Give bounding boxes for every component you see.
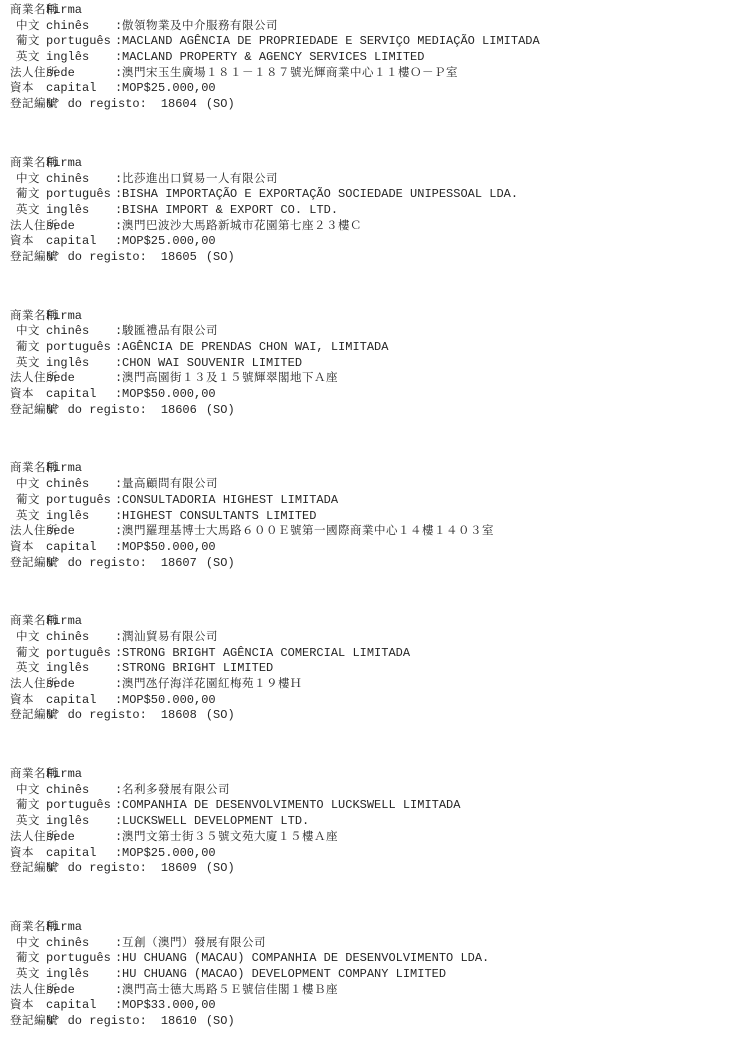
label-address-pt: sede [46, 983, 115, 999]
colon-separator: : [115, 324, 122, 340]
record-row-capital: 資本 capital : MOP$25.000,00 [10, 234, 733, 250]
record-row-english-name: 英文 inglês : MACLAND PROPERTY & AGENCY SE… [10, 50, 733, 66]
label-capital-pt: capital [46, 387, 115, 403]
label-address-zh: 法人住所 [10, 219, 46, 235]
record-row-address: 法人住所 sede : 澳門巴波沙大馬路新城市花園第七座２３樓Ｃ [10, 219, 733, 235]
portuguese-name-value: STRONG BRIGHT AGÊNCIA COMERCIAL LIMITADA [122, 646, 410, 662]
record-row-firma: 商業名稱 Firma [10, 920, 733, 936]
record-row-firma: 商業名稱 Firma [10, 156, 733, 172]
label-business-name-pt: Firma [46, 309, 115, 325]
record-row-portuguese-name: 葡文 português : COMPANHIA DE DESENVOLVIME… [10, 798, 733, 814]
colon-separator: : [115, 830, 122, 846]
label-portuguese-zh: 葡文 [10, 493, 46, 509]
address-value: 澳門氹仔海洋花園紅梅苑１９樓Ｈ [122, 677, 302, 693]
registration-suffix: (SO) [206, 97, 235, 113]
label-registration-zh: 登記編號 [10, 1014, 46, 1030]
label-business-name-pt: Firma [46, 920, 115, 936]
label-english-zh: 英文 [10, 50, 46, 66]
label-registration-pt: N° do registo: [46, 97, 147, 113]
registry-page: 商業名稱 Firma 中文 chinês : 傲領物業及中介服務有限公司 葡文 … [0, 0, 733, 1030]
registration-number-value: 18604 [161, 97, 197, 113]
record-row-capital: 資本 capital : MOP$25.000,00 [10, 81, 733, 97]
records-list: 商業名稱 Firma 中文 chinês : 傲領物業及中介服務有限公司 葡文 … [10, 3, 733, 1030]
label-registration-pt: N° do registo: [46, 1014, 147, 1030]
label-registration-zh: 登記編號 [10, 250, 46, 266]
record-row-capital: 資本 capital : MOP$50.000,00 [10, 693, 733, 709]
english-name-value: CHON WAI SOUVENIR LIMITED [122, 356, 302, 372]
record-row-capital: 資本 capital : MOP$25.000,00 [10, 846, 733, 862]
capital-value: MOP$25.000,00 [122, 846, 216, 862]
colon-separator: : [115, 219, 122, 235]
chinese-name-value: 名利多發展有限公司 [122, 783, 230, 799]
colon-separator: : [115, 936, 122, 952]
colon-separator: : [115, 203, 122, 219]
label-chinese-zh: 中文 [10, 630, 46, 646]
label-chinese-pt: chinês [46, 172, 115, 188]
label-chinese-zh: 中文 [10, 19, 46, 35]
address-value: 澳門巴波沙大馬路新城市花園第七座２３樓Ｃ [122, 219, 362, 235]
label-english-pt: inglês [46, 203, 115, 219]
label-portuguese-zh: 葡文 [10, 798, 46, 814]
chinese-name-value: 比莎進出口貿易一人有限公司 [122, 172, 278, 188]
label-business-name-zh: 商業名稱 [10, 156, 46, 172]
label-chinese-pt: chinês [46, 477, 115, 493]
label-address-zh: 法人住所 [10, 677, 46, 693]
label-address-zh: 法人住所 [10, 983, 46, 999]
colon-separator: : [115, 983, 122, 999]
registration-number-value: 18605 [161, 250, 197, 266]
registration-number-value: 18609 [161, 861, 197, 877]
english-name-value: STRONG BRIGHT LIMITED [122, 661, 273, 677]
label-english-pt: inglês [46, 509, 115, 525]
label-business-name-pt: Firma [46, 3, 115, 19]
record-row-registration: 登記編號 N° do registo: 18605 (SO) [10, 250, 733, 266]
label-capital-zh: 資本 [10, 387, 46, 403]
label-portuguese-zh: 葡文 [10, 951, 46, 967]
colon-separator: : [115, 509, 122, 525]
registration-number-value: 18607 [161, 556, 197, 572]
colon-separator: : [115, 814, 122, 830]
label-registration-pt: N° do registo: [46, 861, 147, 877]
english-name-value: HU CHUANG (MACAO) DEVELOPMENT COMPANY LI… [122, 967, 446, 983]
record-row-firma: 商業名稱 Firma [10, 767, 733, 783]
registration-suffix: (SO) [206, 403, 235, 419]
capital-value: MOP$50.000,00 [122, 693, 216, 709]
english-name-value: BISHA IMPORT & EXPORT CO. LTD. [122, 203, 338, 219]
record-row-portuguese-name: 葡文 português : AGÊNCIA DE PRENDAS CHON W… [10, 340, 733, 356]
record-row-address: 法人住所 sede : 澳門氹仔海洋花園紅梅苑１９樓Ｈ [10, 677, 733, 693]
label-registration-pt: N° do registo: [46, 403, 147, 419]
colon-separator: : [115, 371, 122, 387]
label-capital-zh: 資本 [10, 693, 46, 709]
colon-separator: : [115, 187, 122, 203]
record-row-registration: 登記編號 N° do registo: 18604 (SO) [10, 97, 733, 113]
label-chinese-zh: 中文 [10, 783, 46, 799]
label-capital-pt: capital [46, 998, 115, 1014]
label-business-name-zh: 商業名稱 [10, 3, 46, 19]
label-capital-pt: capital [46, 234, 115, 250]
label-capital-zh: 資本 [10, 234, 46, 250]
label-chinese-pt: chinês [46, 783, 115, 799]
chinese-name-value: 量高顧問有限公司 [122, 477, 218, 493]
label-english-zh: 英文 [10, 203, 46, 219]
record-row-english-name: 英文 inglês : LUCKSWELL DEVELOPMENT LTD. [10, 814, 733, 830]
colon-separator: : [115, 387, 122, 403]
record-row-address: 法人住所 sede : 澳門文第士街３５號文苑大廈１５樓Ａ座 [10, 830, 733, 846]
chinese-name-value: 潤汕貿易有限公司 [122, 630, 218, 646]
label-registration-zh: 登記編號 [10, 97, 46, 113]
label-chinese-zh: 中文 [10, 324, 46, 340]
label-capital-pt: capital [46, 540, 115, 556]
registration-suffix: (SO) [206, 556, 235, 572]
label-business-name-pt: Firma [46, 614, 115, 630]
label-address-pt: sede [46, 66, 115, 82]
colon-separator: : [115, 630, 122, 646]
colon-separator: : [115, 50, 122, 66]
registration-suffix: (SO) [206, 1014, 235, 1030]
capital-value: MOP$25.000,00 [122, 234, 216, 250]
registration-number-value: 18606 [161, 403, 197, 419]
record-row-chinese-name: 中文 chinês : 駿匯禮品有限公司 [10, 324, 733, 340]
registration-number-value: 18610 [161, 1014, 197, 1030]
label-capital-zh: 資本 [10, 998, 46, 1014]
record-row-portuguese-name: 葡文 português : HU CHUANG (MACAU) COMPANH… [10, 951, 733, 967]
colon-separator: : [115, 798, 122, 814]
colon-separator: : [115, 524, 122, 540]
label-registration-pt: N° do registo: [46, 250, 147, 266]
label-chinese-pt: chinês [46, 324, 115, 340]
record-row-firma: 商業名稱 Firma [10, 461, 733, 477]
chinese-name-value: 傲領物業及中介服務有限公司 [122, 19, 278, 35]
chinese-name-value: 互創（澳門）發展有限公司 [122, 936, 266, 952]
portuguese-name-value: MACLAND AGÊNCIA DE PROPRIEDADE E SERVIÇO… [122, 34, 540, 50]
address-value: 澳門宋玉生廣場１８１－１８７號光輝商業中心１１樓Ｏ－Ｐ室 [122, 66, 458, 82]
colon-separator: : [115, 998, 122, 1014]
company-record: 商業名稱 Firma 中文 chinês : 名利多發展有限公司 葡文 port… [10, 767, 733, 877]
label-address-pt: sede [46, 830, 115, 846]
colon-separator: : [115, 34, 122, 50]
address-value: 澳門文第士街３５號文苑大廈１５樓Ａ座 [122, 830, 338, 846]
label-chinese-zh: 中文 [10, 477, 46, 493]
portuguese-name-value: AGÊNCIA DE PRENDAS CHON WAI, LIMITADA [122, 340, 388, 356]
record-row-portuguese-name: 葡文 português : STRONG BRIGHT AGÊNCIA COM… [10, 646, 733, 662]
company-record: 商業名稱 Firma 中文 chinês : 駿匯禮品有限公司 葡文 portu… [10, 309, 733, 419]
registration-number-value: 18608 [161, 708, 197, 724]
company-record: 商業名稱 Firma 中文 chinês : 比莎進出口貿易一人有限公司 葡文 … [10, 156, 733, 266]
label-business-name-zh: 商業名稱 [10, 461, 46, 477]
record-row-address: 法人住所 sede : 澳門羅理基博士大馬路６００Ｅ號第一國際商業中心１４樓１４… [10, 524, 733, 540]
label-portuguese-zh: 葡文 [10, 187, 46, 203]
record-row-english-name: 英文 inglês : STRONG BRIGHT LIMITED [10, 661, 733, 677]
label-english-pt: inglês [46, 356, 115, 372]
capital-value: MOP$50.000,00 [122, 387, 216, 403]
label-capital-zh: 資本 [10, 846, 46, 862]
colon-separator: : [115, 693, 122, 709]
record-row-registration: 登記編號 N° do registo: 18609 (SO) [10, 861, 733, 877]
colon-separator: : [115, 783, 122, 799]
label-address-pt: sede [46, 371, 115, 387]
label-registration-pt: N° do registo: [46, 708, 147, 724]
label-portuguese-pt: português [46, 646, 115, 662]
english-name-value: LUCKSWELL DEVELOPMENT LTD. [122, 814, 309, 830]
label-registration-zh: 登記編號 [10, 708, 46, 724]
colon-separator: : [115, 677, 122, 693]
record-row-portuguese-name: 葡文 português : BISHA IMPORTAÇÃO E EXPORT… [10, 187, 733, 203]
record-row-chinese-name: 中文 chinês : 傲領物業及中介服務有限公司 [10, 19, 733, 35]
label-portuguese-pt: português [46, 798, 115, 814]
label-capital-pt: capital [46, 81, 115, 97]
label-address-zh: 法人住所 [10, 371, 46, 387]
colon-separator: : [115, 477, 122, 493]
label-business-name-zh: 商業名稱 [10, 614, 46, 630]
record-row-chinese-name: 中文 chinês : 比莎進出口貿易一人有限公司 [10, 172, 733, 188]
label-portuguese-pt: português [46, 34, 115, 50]
label-portuguese-pt: português [46, 187, 115, 203]
colon-separator: : [115, 967, 122, 983]
label-english-pt: inglês [46, 967, 115, 983]
label-address-zh: 法人住所 [10, 524, 46, 540]
label-address-zh: 法人住所 [10, 830, 46, 846]
address-value: 澳門羅理基博士大馬路６００Ｅ號第一國際商業中心１４樓１４０３室 [122, 524, 494, 540]
label-business-name-zh: 商業名稱 [10, 767, 46, 783]
label-registration-zh: 登記編號 [10, 861, 46, 877]
record-row-chinese-name: 中文 chinês : 潤汕貿易有限公司 [10, 630, 733, 646]
label-registration-zh: 登記編號 [10, 556, 46, 572]
label-portuguese-pt: português [46, 951, 115, 967]
record-row-address: 法人住所 sede : 澳門高園街１３及１５號輝翠閣地下Ａ座 [10, 371, 733, 387]
record-row-firma: 商業名稱 Firma [10, 309, 733, 325]
record-row-address: 法人住所 sede : 澳門高士德大馬路５Ｅ號信佳閣１樓Ｂ座 [10, 983, 733, 999]
label-registration-pt: N° do registo: [46, 556, 147, 572]
record-row-registration: 登記編號 N° do registo: 18608 (SO) [10, 708, 733, 724]
colon-separator: : [115, 66, 122, 82]
record-row-english-name: 英文 inglês : HU CHUANG (MACAO) DEVELOPMEN… [10, 967, 733, 983]
label-business-name-zh: 商業名稱 [10, 920, 46, 936]
colon-separator: : [115, 234, 122, 250]
registration-suffix: (SO) [206, 250, 235, 266]
record-row-english-name: 英文 inglês : HIGHEST CONSULTANTS LIMITED [10, 509, 733, 525]
colon-separator: : [115, 661, 122, 677]
address-value: 澳門高園街１３及１５號輝翠閣地下Ａ座 [122, 371, 338, 387]
colon-separator: : [115, 340, 122, 356]
portuguese-name-value: BISHA IMPORTAÇÃO E EXPORTAÇÃO SOCIEDADE … [122, 187, 518, 203]
label-capital-pt: capital [46, 693, 115, 709]
colon-separator: : [115, 19, 122, 35]
company-record: 商業名稱 Firma 中文 chinês : 潤汕貿易有限公司 葡文 portu… [10, 614, 733, 724]
capital-value: MOP$25.000,00 [122, 81, 216, 97]
record-row-portuguese-name: 葡文 português : CONSULTADORIA HIGHEST LIM… [10, 493, 733, 509]
record-row-english-name: 英文 inglês : BISHA IMPORT & EXPORT CO. LT… [10, 203, 733, 219]
record-row-chinese-name: 中文 chinês : 名利多發展有限公司 [10, 783, 733, 799]
label-business-name-pt: Firma [46, 156, 115, 172]
label-business-name-pt: Firma [46, 461, 115, 477]
record-row-address: 法人住所 sede : 澳門宋玉生廣場１８１－１８７號光輝商業中心１１樓Ｏ－Ｐ室 [10, 66, 733, 82]
label-address-pt: sede [46, 524, 115, 540]
record-row-registration: 登記編號 N° do registo: 18606 (SO) [10, 403, 733, 419]
label-capital-zh: 資本 [10, 81, 46, 97]
label-english-zh: 英文 [10, 967, 46, 983]
label-english-zh: 英文 [10, 356, 46, 372]
capital-value: MOP$33.000,00 [122, 998, 216, 1014]
company-record: 商業名稱 Firma 中文 chinês : 量高顧問有限公司 葡文 portu… [10, 461, 733, 571]
record-row-capital: 資本 capital : MOP$50.000,00 [10, 540, 733, 556]
label-chinese-zh: 中文 [10, 936, 46, 952]
record-row-registration: 登記編號 N° do registo: 18607 (SO) [10, 556, 733, 572]
label-english-zh: 英文 [10, 509, 46, 525]
label-chinese-pt: chinês [46, 630, 115, 646]
address-value: 澳門高士德大馬路５Ｅ號信佳閣１樓Ｂ座 [122, 983, 338, 999]
registration-suffix: (SO) [206, 861, 235, 877]
label-chinese-pt: chinês [46, 936, 115, 952]
label-portuguese-zh: 葡文 [10, 34, 46, 50]
colon-separator: : [115, 81, 122, 97]
chinese-name-value: 駿匯禮品有限公司 [122, 324, 218, 340]
colon-separator: : [115, 951, 122, 967]
label-capital-pt: capital [46, 846, 115, 862]
record-row-english-name: 英文 inglês : CHON WAI SOUVENIR LIMITED [10, 356, 733, 372]
english-name-value: MACLAND PROPERTY & AGENCY SERVICES LIMIT… [122, 50, 424, 66]
colon-separator: : [115, 646, 122, 662]
record-row-registration: 登記編號 N° do registo: 18610 (SO) [10, 1014, 733, 1030]
portuguese-name-value: COMPANHIA DE DESENVOLVIMENTO LUCKSWELL L… [122, 798, 460, 814]
label-address-pt: sede [46, 219, 115, 235]
record-row-firma: 商業名稱 Firma [10, 614, 733, 630]
portuguese-name-value: CONSULTADORIA HIGHEST LIMITADA [122, 493, 338, 509]
colon-separator: : [115, 356, 122, 372]
record-row-firma: 商業名稱 Firma [10, 3, 733, 19]
company-record: 商業名稱 Firma 中文 chinês : 傲領物業及中介服務有限公司 葡文 … [10, 3, 733, 113]
label-portuguese-pt: português [46, 493, 115, 509]
registration-suffix: (SO) [206, 708, 235, 724]
portuguese-name-value: HU CHUANG (MACAU) COMPANHIA DE DESENVOLV… [122, 951, 489, 967]
colon-separator: : [115, 846, 122, 862]
colon-separator: : [115, 540, 122, 556]
label-english-pt: inglês [46, 50, 115, 66]
company-record: 商業名稱 Firma 中文 chinês : 互創（澳門）發展有限公司 葡文 p… [10, 920, 733, 1030]
colon-separator: : [115, 172, 122, 188]
record-row-capital: 資本 capital : MOP$50.000,00 [10, 387, 733, 403]
label-english-pt: inglês [46, 661, 115, 677]
record-row-portuguese-name: 葡文 português : MACLAND AGÊNCIA DE PROPRI… [10, 34, 733, 50]
label-business-name-zh: 商業名稱 [10, 309, 46, 325]
label-address-zh: 法人住所 [10, 66, 46, 82]
label-registration-zh: 登記編號 [10, 403, 46, 419]
english-name-value: HIGHEST CONSULTANTS LIMITED [122, 509, 316, 525]
record-row-chinese-name: 中文 chinês : 量高顧問有限公司 [10, 477, 733, 493]
label-portuguese-pt: português [46, 340, 115, 356]
label-english-zh: 英文 [10, 661, 46, 677]
label-english-zh: 英文 [10, 814, 46, 830]
label-portuguese-zh: 葡文 [10, 646, 46, 662]
label-capital-zh: 資本 [10, 540, 46, 556]
label-portuguese-zh: 葡文 [10, 340, 46, 356]
capital-value: MOP$50.000,00 [122, 540, 216, 556]
label-chinese-zh: 中文 [10, 172, 46, 188]
label-chinese-pt: chinês [46, 19, 115, 35]
record-row-chinese-name: 中文 chinês : 互創（澳門）發展有限公司 [10, 936, 733, 952]
record-row-capital: 資本 capital : MOP$33.000,00 [10, 998, 733, 1014]
colon-separator: : [115, 493, 122, 509]
label-address-pt: sede [46, 677, 115, 693]
label-english-pt: inglês [46, 814, 115, 830]
label-business-name-pt: Firma [46, 767, 115, 783]
